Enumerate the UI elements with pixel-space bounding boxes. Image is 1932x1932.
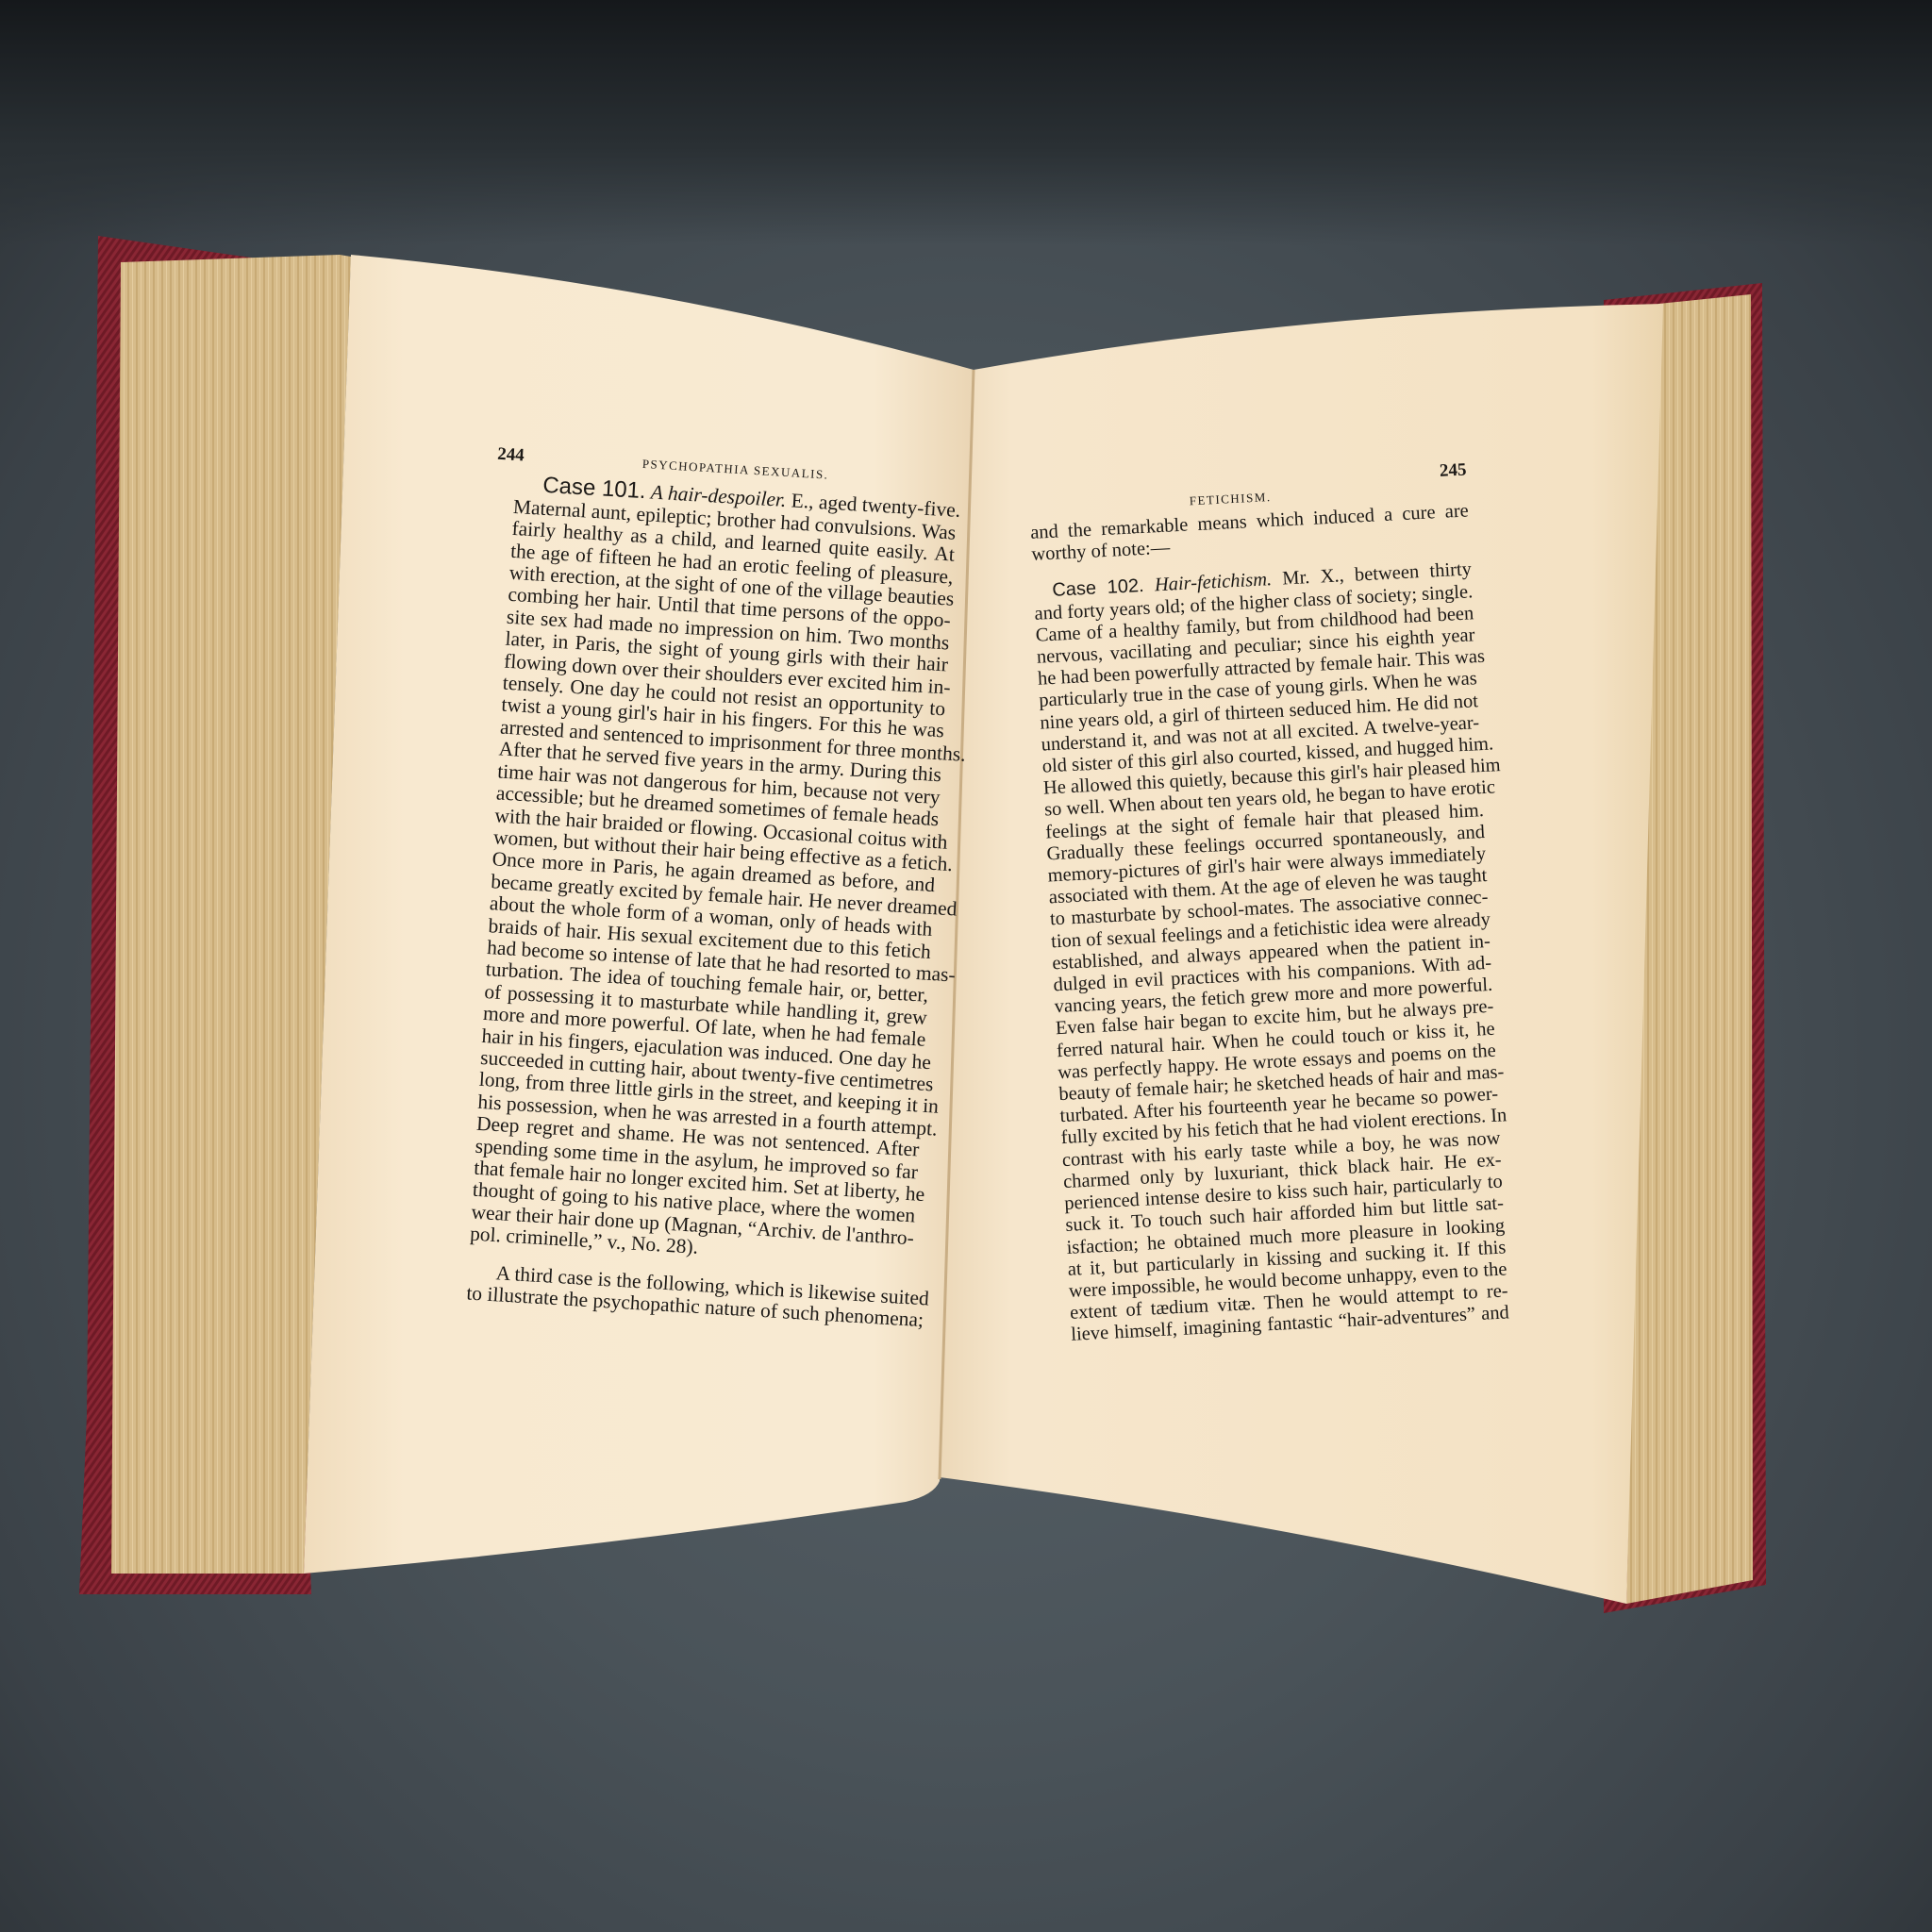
page-number: 245 xyxy=(1439,458,1467,482)
open-book xyxy=(0,0,1932,1932)
page-number: 244 xyxy=(497,444,525,466)
right-page-text: FETICHISM. 245 and the remarkable means … xyxy=(1028,468,1509,1346)
running-head: FETICHISM. xyxy=(1189,486,1272,512)
case-label: Case 102. xyxy=(1052,575,1144,601)
running-head: PSYCHOPATHIA SEXUALIS. xyxy=(641,457,828,482)
left-page-text: 244 PSYCHOPATHIA SEXUALIS. Case 101. A h… xyxy=(466,443,959,1331)
